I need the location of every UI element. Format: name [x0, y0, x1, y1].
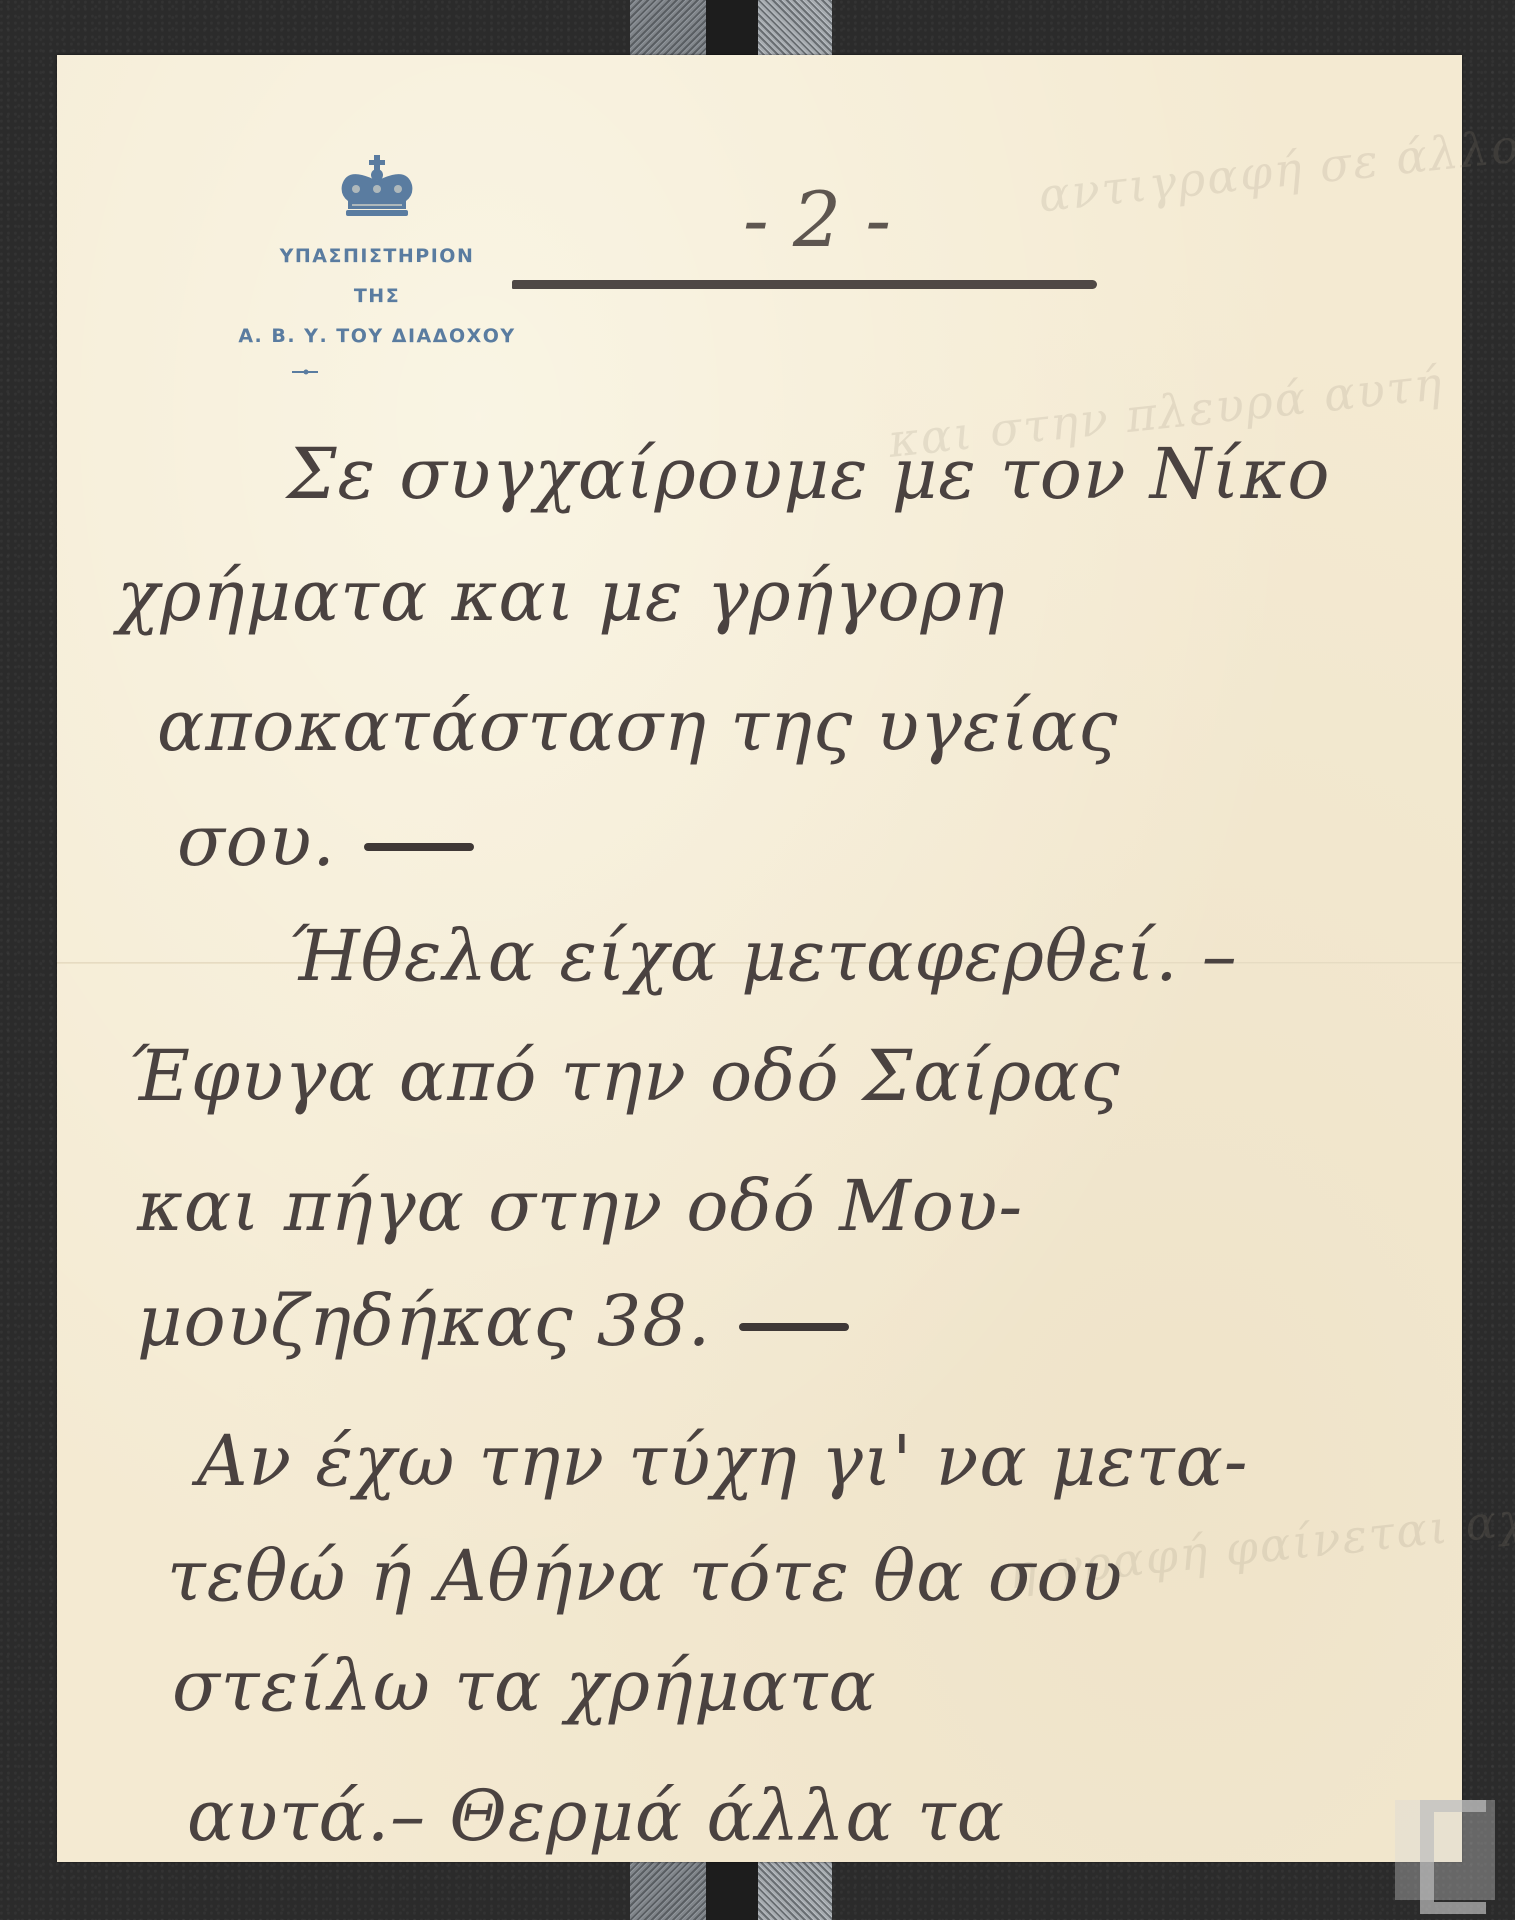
letter-line: Έφυγα από την οδό Σαίρας: [57, 1035, 1515, 1117]
ornamental-initial-icon: [1420, 1800, 1486, 1914]
dash-mark: [364, 843, 474, 851]
letter-paper: αντιγραφή σε άλλο μέρος και στην πλευρά …: [57, 55, 1462, 1862]
letter-line: αποκατάσταση της υγείας: [57, 685, 1515, 767]
letterhead-line-2: ΤΗΣ: [207, 283, 547, 309]
letter-line: Ήθελα είχα μεταφερθεί. –: [57, 915, 1515, 997]
arrow-mark-icon: [292, 367, 320, 377]
letter-line: αυτά.– Θερμά άλλα τα: [57, 1775, 1515, 1857]
letter-line: σου.: [57, 800, 1515, 882]
letterhead-line-1: ΥΠΑΣΠΙΣΤΗΡΙΟΝ: [207, 243, 547, 269]
letterhead-line-3: Α. Β. Υ. ΤΟΥ ΔΙΑΔΟΧΟΥ: [207, 323, 547, 349]
letter-line: στείλω τα χρήματα: [57, 1645, 1515, 1727]
letter-line: χρήματα και με γρήγορη: [57, 555, 1515, 637]
dash-mark: [739, 1323, 849, 1331]
letter-line: και πήγα στην οδό Μου-: [57, 1165, 1515, 1247]
letter-line: τεθώ ή Αθήνα τότε θα σου: [57, 1535, 1515, 1617]
page-number: - 2 -: [547, 175, 1087, 264]
letter-line: Σε συγχαίρουμε με τον Νίκο: [57, 433, 1515, 515]
letter-line: μουζηδήκας 38.: [57, 1280, 1515, 1362]
letterhead: ΥΠΑΣΠΙΣΤΗΡΙΟΝ ΤΗΣ Α. Β. Υ. ΤΟΥ ΔΙΑΔΟΧΟΥ: [207, 155, 547, 349]
bleed-through-text: αντιγραφή σε άλλο μέρος: [1036, 101, 1515, 222]
crown-icon: [336, 155, 418, 219]
letter-line: Αν έχω την τύχη γι' να μετα-: [57, 1420, 1515, 1502]
page-number-underline: [512, 280, 1097, 289]
